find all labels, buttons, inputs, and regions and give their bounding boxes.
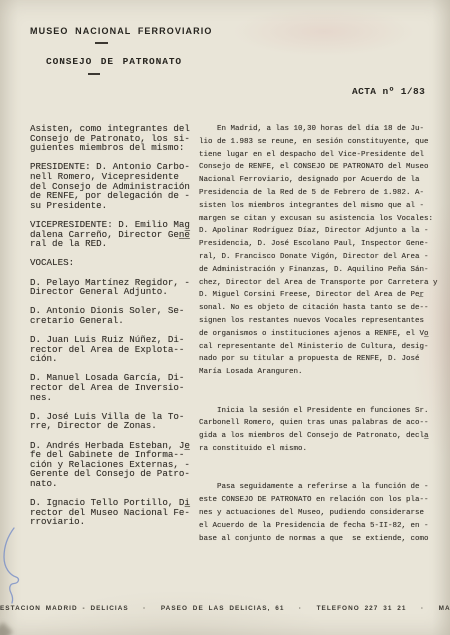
acta-number: ACTA nº 1/83 <box>352 86 425 97</box>
minutes-body-column: En Madrid, a las 10,30 horas del día 18 … <box>199 123 435 545</box>
document-title: CONSEJO DE PATRONATO <box>46 56 182 67</box>
page-corner-shadow <box>0 622 13 635</box>
document-title-underline <box>88 73 100 75</box>
document-page: MUSEO NACIONAL FERROVIARIO CONSEJO DE PA… <box>0 0 450 635</box>
footer-address: ESTACION MADRID - DELICIAS · PASEO DE LA… <box>0 605 450 612</box>
letterhead-underline <box>95 42 108 44</box>
pen-mark <box>0 520 40 615</box>
attendees-column: Asisten, como integrantes del Consejo de… <box>30 124 198 527</box>
letterhead-title: MUSEO NACIONAL FERROVIARIO <box>30 26 212 36</box>
